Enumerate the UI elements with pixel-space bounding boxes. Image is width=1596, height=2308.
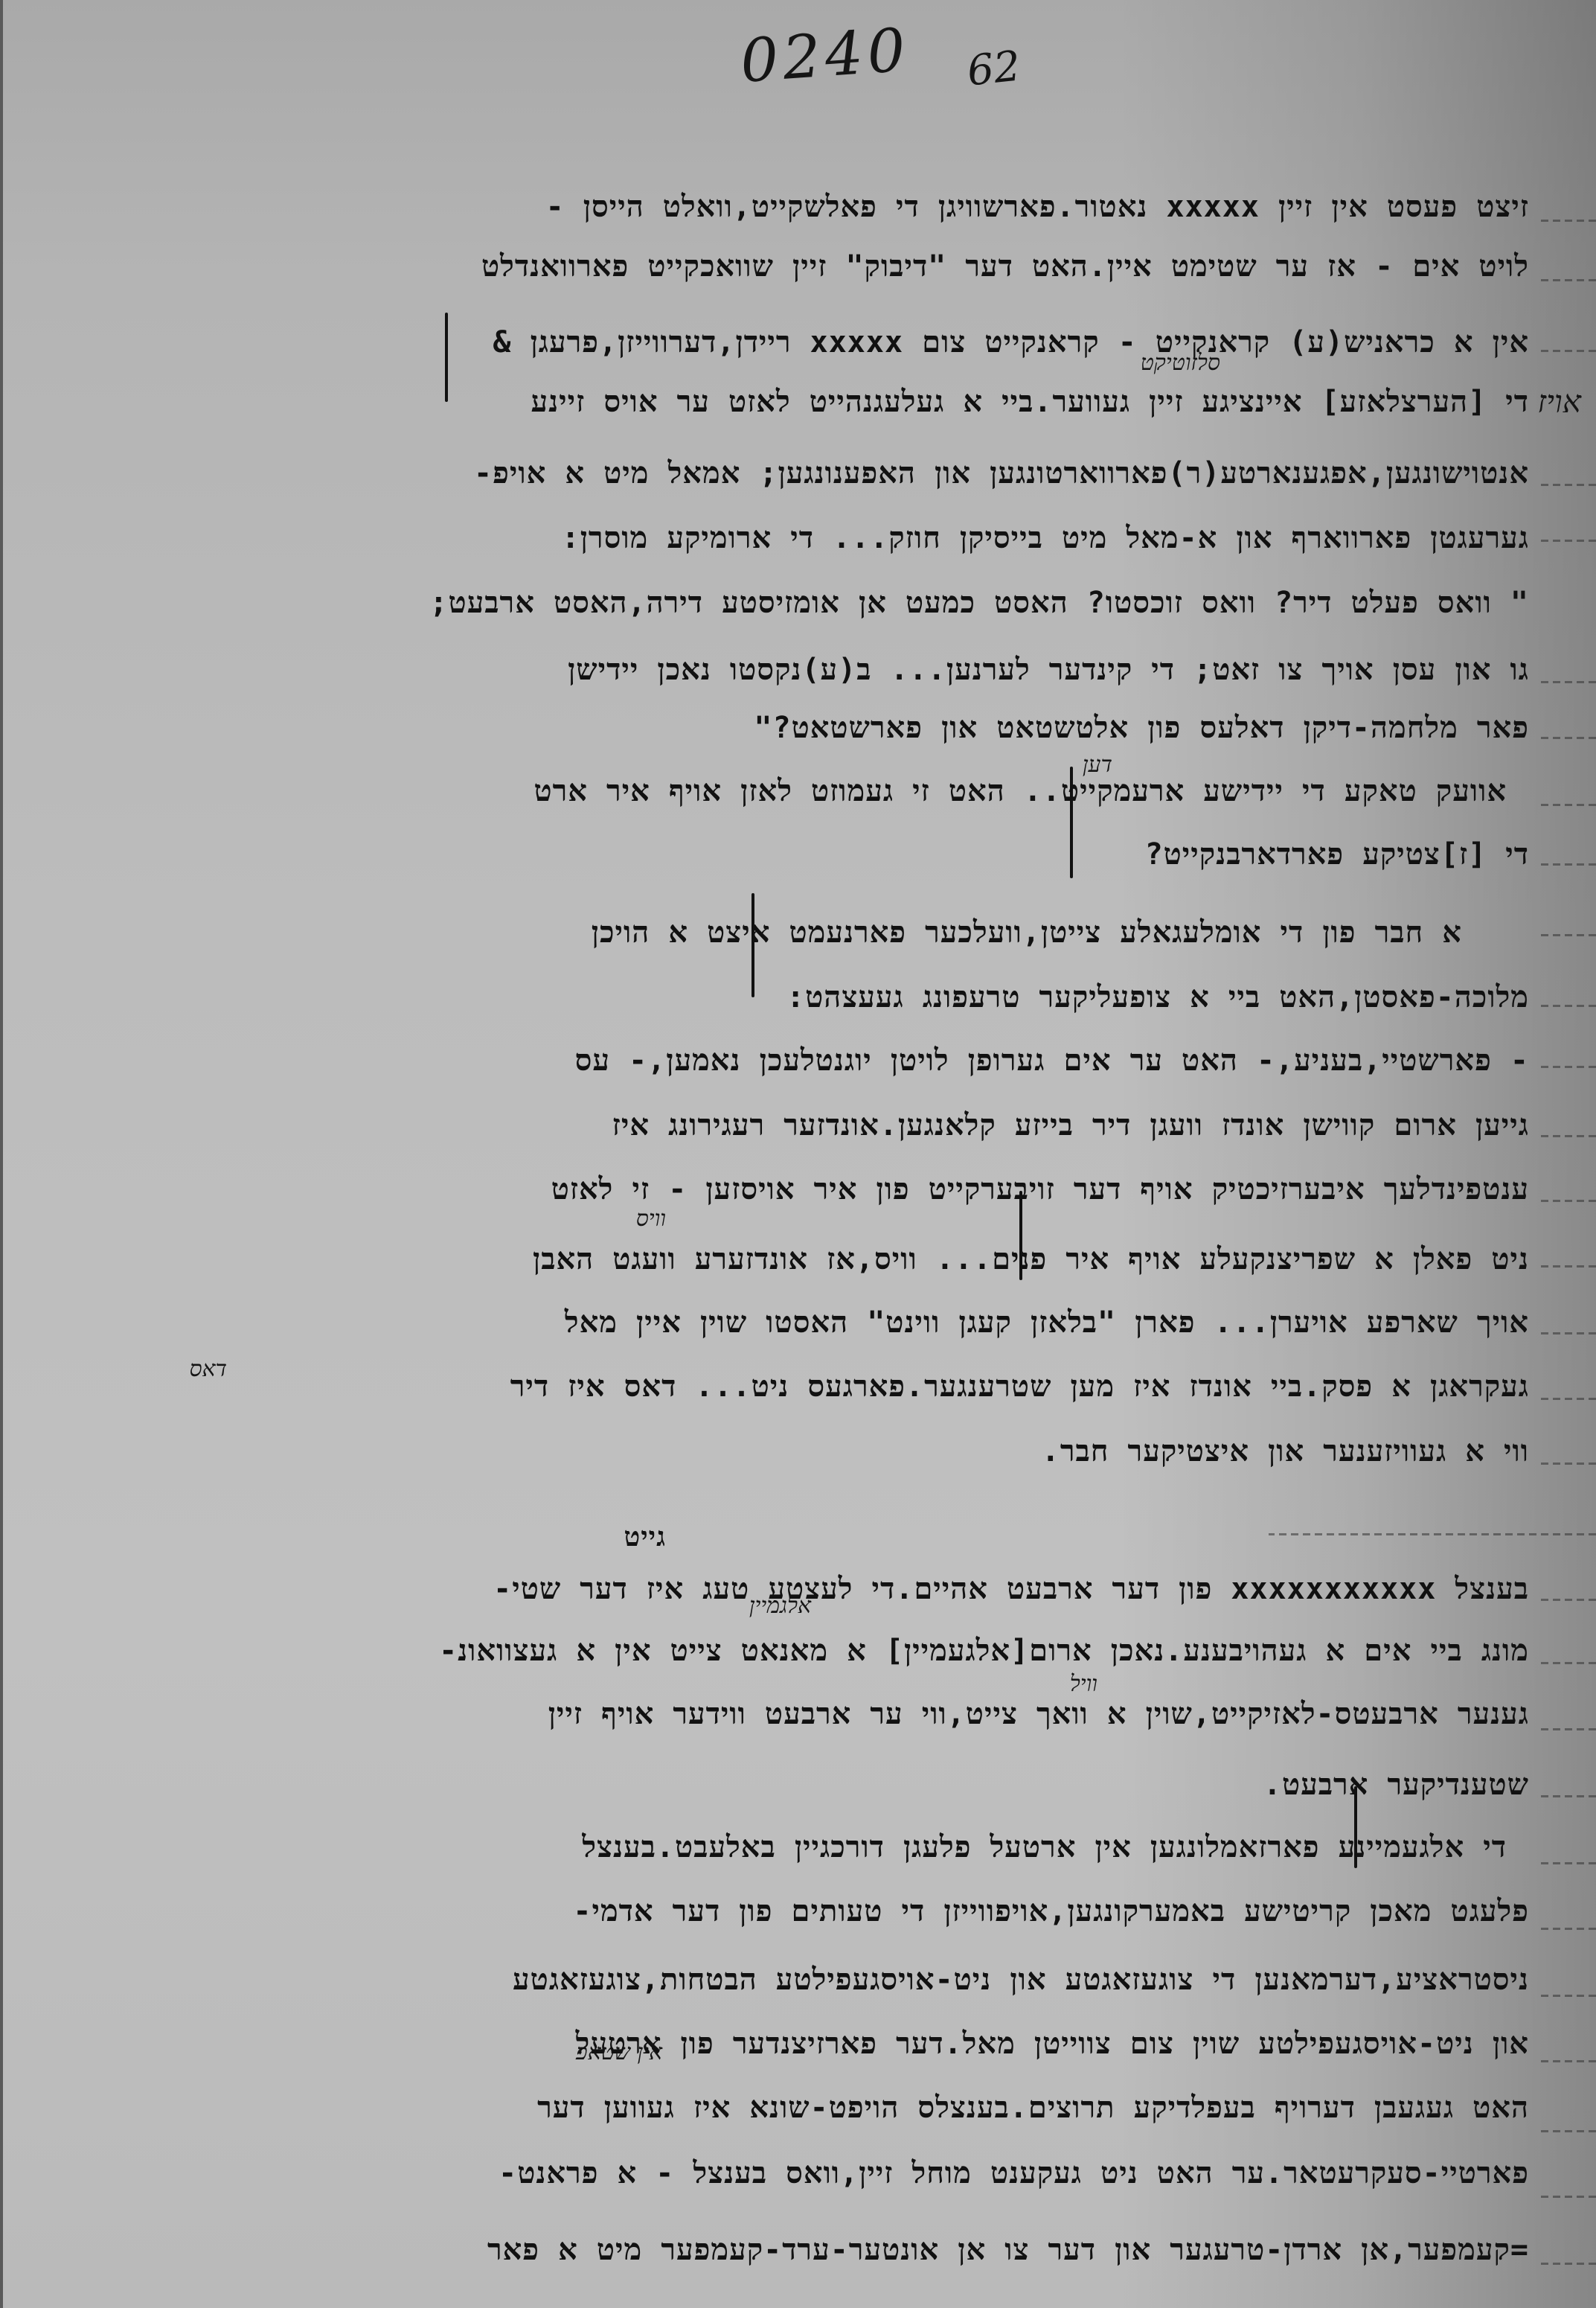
- typed-line: האט געגעבן דערויף בעפלדיקע תרוצים.בענצלס…: [537, 2093, 1529, 2123]
- margin-rule: [1540, 863, 1596, 866]
- margin-rule: [1540, 1599, 1596, 1601]
- margin-rule: [1540, 1332, 1596, 1334]
- margin-rule: [1540, 1265, 1596, 1268]
- margin-rule: [1540, 1928, 1596, 1930]
- typed-line: אין א כראניש(ע) קראנקייט - קראנקייט צום …: [493, 327, 1529, 357]
- typed-line: מונג ביי אים א געהויבענע.נאכן ארום[אלגעמ…: [439, 1636, 1529, 1666]
- scan-edge: [0, 0, 3, 2308]
- document-page: 0240 62 אויז סלזוטיקט דען וויס דאס אלגמי…: [0, 0, 1596, 2308]
- folio-suffix: 62: [965, 42, 1023, 95]
- margin-rule: [1540, 1463, 1596, 1465]
- typed-line: ווי א געוויזענער און איצטיקער חבר.: [1042, 1436, 1529, 1466]
- typed-line: לויט אים - אז ער שטימט איין.האט דער "דיב…: [481, 252, 1529, 281]
- margin-rule: [1540, 2263, 1596, 2265]
- typed-line: ניט פאלן א שפריצנקעלע אויף איר פנים... ו…: [533, 1244, 1529, 1274]
- typed-line: פארטיי-סעקרעטאר.ער האט ניט געקענט מוחל ז…: [499, 2158, 1529, 2188]
- margin-rule: [1540, 1862, 1596, 1864]
- margin-rule: [1540, 1995, 1596, 1997]
- margin-rule: [1540, 2060, 1596, 2062]
- typed-line: אנטוישונגען,אפגענארטע(ר)פארווארטונגען או…: [474, 458, 1529, 488]
- margin-rule: [1540, 804, 1596, 806]
- section-heading: גייט: [624, 1524, 666, 1551]
- interlinear-annotation: דאס: [189, 1356, 227, 1382]
- typed-line: פאר מלחמה-דיקן דאלעס פון אלטשטאט און פאר…: [754, 713, 1529, 743]
- typed-line: די אלגעמיינע פארזאמלונגען אין ארטעל פלעג…: [582, 1832, 1507, 1862]
- typed-line: מלוכה-פאסטן,האט ביי א צופעליקער טרעפונג …: [786, 982, 1529, 1012]
- typed-line: =קעמפער,אן ארדן-טרעגער און דער צו אן אונ…: [487, 2235, 1529, 2265]
- insertion-mark: [445, 313, 448, 402]
- margin-rule: [1540, 350, 1596, 352]
- typed-line: די [הערצלאזע] איינציגע זיין געווער.ביי א…: [531, 387, 1529, 417]
- typed-line: ענטפינדלעך איבערזיכטיק אויף דער זויבערקי…: [551, 1174, 1529, 1204]
- margin-annotation: אויז: [1537, 383, 1581, 421]
- typed-line: געקראגן א פסק.ביי אונדז איז מען שטרענגער…: [510, 1372, 1529, 1401]
- margin-rule: [1540, 934, 1596, 936]
- typed-line: שטענדיקער ארבעט.: [1263, 1770, 1529, 1800]
- margin-rule: [1540, 737, 1596, 739]
- typed-line: גייען ארום קווישן אונדז וועגן דיר בייזע …: [612, 1110, 1529, 1140]
- interlinear-annotation: וויס: [636, 1206, 666, 1232]
- margin-rule: [1540, 1662, 1596, 1664]
- interlinear-annotation: וויל: [1070, 1671, 1097, 1697]
- typed-line: ניסטראציע,דערמאנען די צוגעזאגטע און ניט-…: [513, 1965, 1529, 1995]
- typed-line: פלעגט מאכן קריטישע באמערקונגען,אויפווייז…: [573, 1896, 1529, 1926]
- typed-line: בענצל xxxxxxxxxxx פון דער ארבעט אהיים.די…: [493, 1574, 1529, 1604]
- typed-line: אויך שארפע אויערן... פארן "בלאזן קעגן וו…: [565, 1308, 1529, 1337]
- margin-rule: [1540, 1066, 1596, 1068]
- margin-rule: [1540, 1200, 1596, 1202]
- margin-rule: [1540, 2196, 1596, 2198]
- typed-line: - פארשטיי,בעניע,- האט ער אים גערופן לויט…: [575, 1046, 1529, 1075]
- typed-line: אוועק טאקע די יידישע ארעמקייט.. האט זי ג…: [533, 776, 1507, 806]
- margin-rule: [1540, 1795, 1596, 1797]
- typed-line: " וואס פעלט דיר? וואס זוכסטו? האסט כמעט …: [429, 588, 1529, 618]
- margin-rule: [1540, 1398, 1596, 1400]
- margin-rule: [1540, 484, 1596, 486]
- margin-rule: [1540, 1728, 1596, 1730]
- folio-number: 0240: [738, 15, 912, 96]
- margin-rule: [1540, 1135, 1596, 1137]
- typed-line: א חבר פון די אומלעגאלע צייטן,וועלכער פאר…: [592, 918, 1462, 947]
- margin-rule: [1540, 1005, 1596, 1007]
- typed-line: גערעגטן פארווארף און א-מאל מיט בייסיקן ח…: [562, 523, 1529, 553]
- margin-rule: [1540, 279, 1596, 281]
- typed-line: זיצט פעסט אין זיין xxxxx נאטור.פארשוויגן…: [546, 192, 1529, 222]
- typed-line: גענער ארבעטס-לאזיקייט,שוין א וואך צייט,ו…: [548, 1699, 1529, 1729]
- margin-rule: [1540, 2130, 1596, 2132]
- margin-rule: [1540, 540, 1596, 542]
- margin-rule: [1269, 1533, 1596, 1535]
- margin-rule: [1540, 220, 1596, 222]
- typed-line: די [ז]צטיקע פארדארבנקייט?: [1145, 840, 1529, 869]
- margin-rule: [1540, 681, 1596, 683]
- typed-line: גו און עסן אויך צו זאט; די קינדער לערנען…: [568, 655, 1529, 685]
- typed-line: און ניט-אויסגעפילטע שוין צום צווייטן מאל…: [576, 2029, 1529, 2059]
